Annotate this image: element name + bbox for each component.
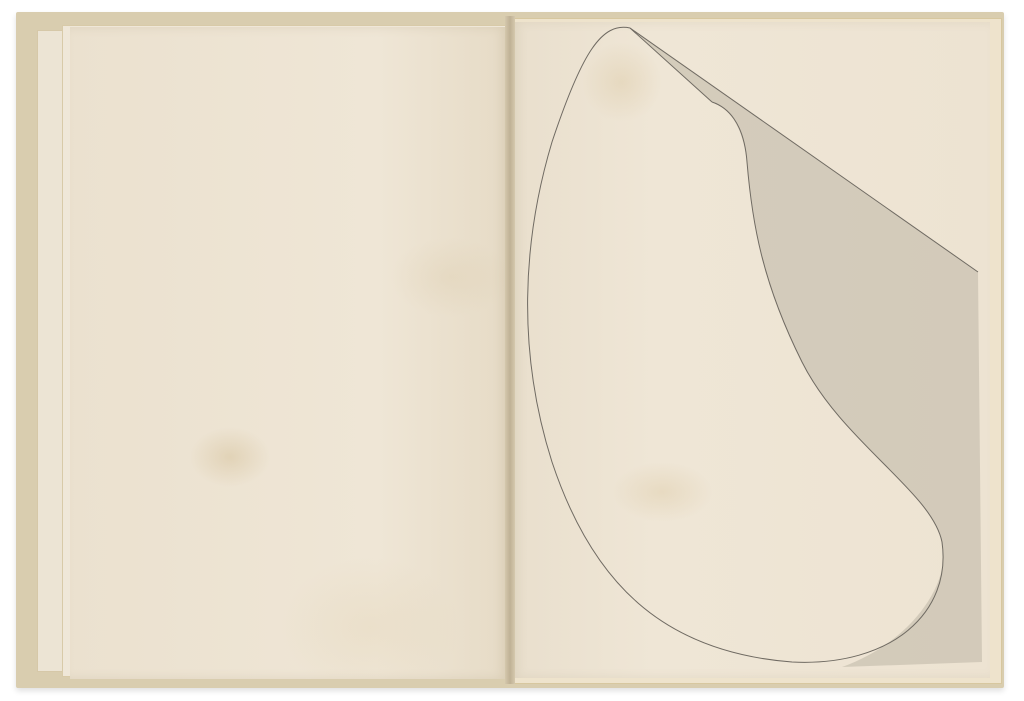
shaded-curl-region bbox=[630, 28, 982, 667]
curl-top-line bbox=[630, 28, 712, 102]
left-page bbox=[70, 27, 508, 679]
pencil-drawing bbox=[512, 22, 990, 678]
